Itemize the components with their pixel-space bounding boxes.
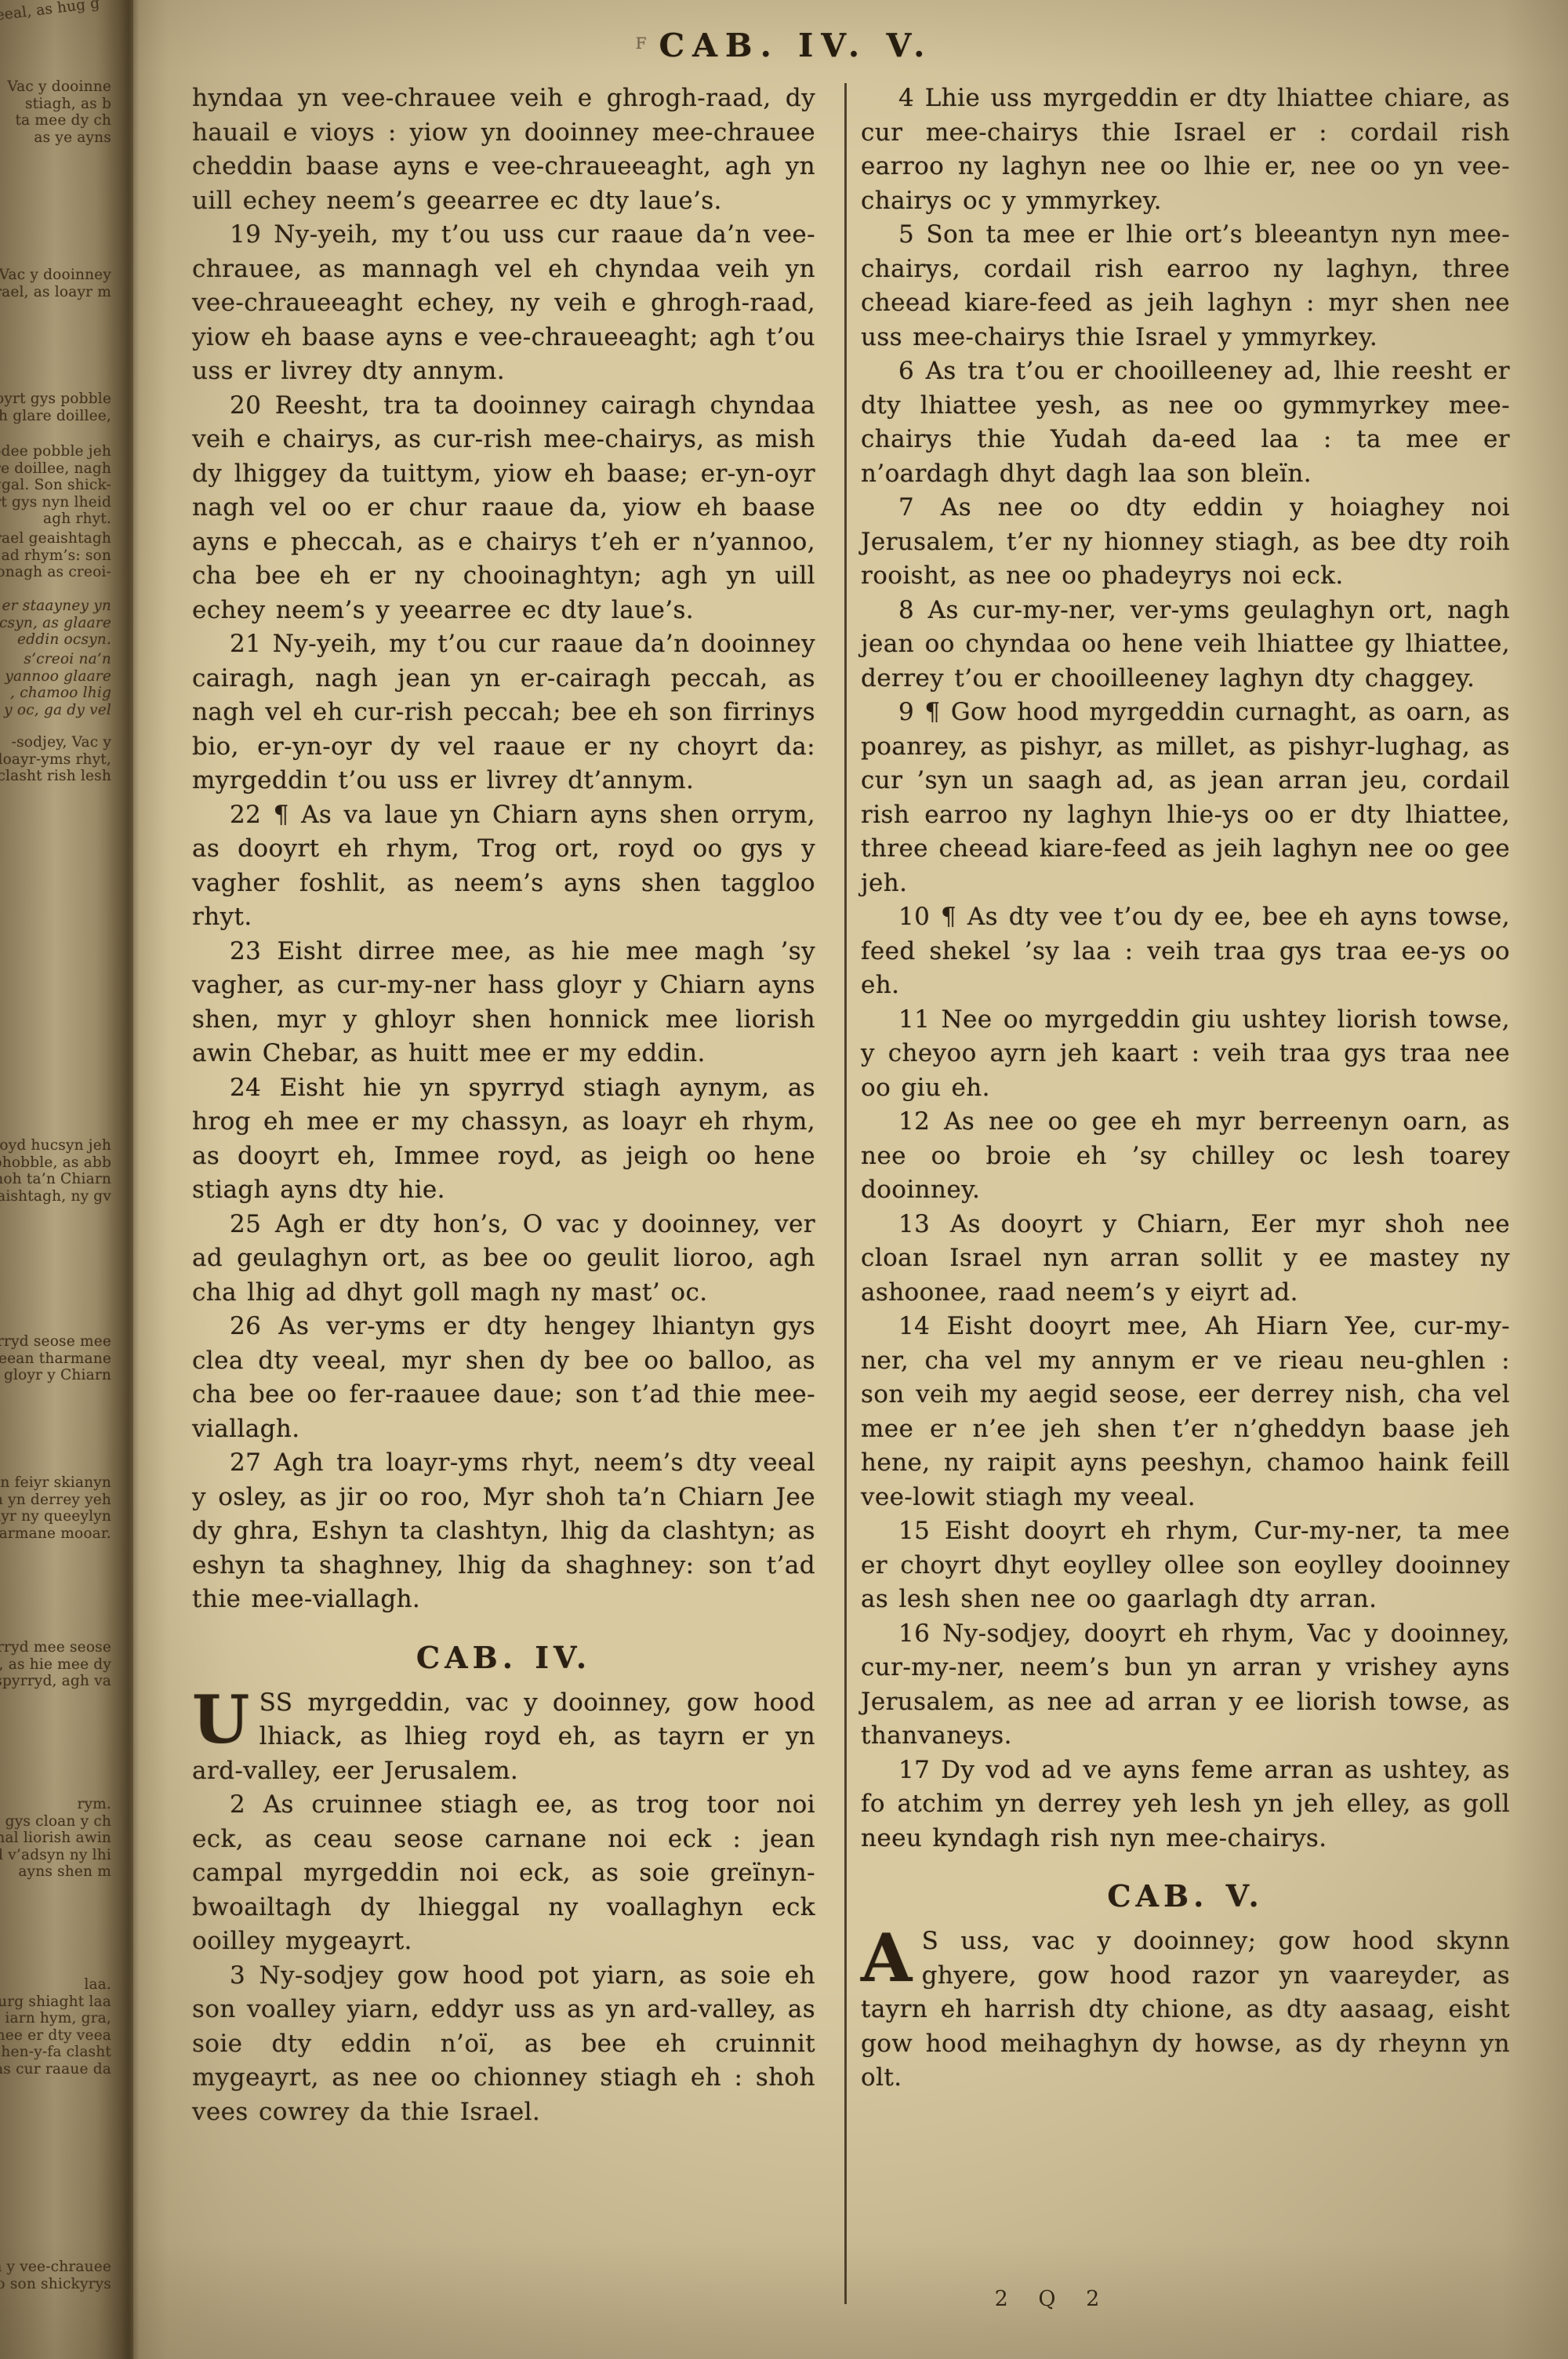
drop-cap-letter: U bbox=[192, 1686, 260, 1750]
spine-fragment-line: royd hucsyn jeh bbox=[0, 1137, 111, 1154]
spine-fragment-line: loayr-yms rhyt, bbox=[0, 751, 111, 769]
running-head: FCAB. IV. V. bbox=[0, 27, 1568, 64]
spine-fragment-group: Vac y dooinneysrael, as loayr m bbox=[0, 267, 111, 300]
spine-fragment-line: -kione lurg shiaght laa bbox=[0, 1994, 111, 2011]
verse-paragraph: 11 Nee oo myrgeddin giu ushtey liorish t… bbox=[861, 1003, 1510, 1106]
spine-fragment-line: Vac y dooinney bbox=[0, 267, 111, 284]
spine-fragment-line: choyrt gys pobble bbox=[0, 391, 111, 408]
spine-fragment-line: rym. bbox=[0, 1796, 111, 1813]
verse-paragraph: 21 Ny-yeih, my t’ou cur raaue da’n dooin… bbox=[192, 627, 815, 798]
verse-paragraph: 27 Agh tra loayr-yms rhyt, neem’s dty ve… bbox=[192, 1446, 815, 1617]
verse-paragraph: AS uss, vac y dooinney; gow hood skynn g… bbox=[861, 1925, 1510, 2095]
verse-paragraph: 20 Reesht, tra ta dooinney cairagh chynd… bbox=[192, 389, 815, 628]
spine-fragment-line: iarn hym, gra, bbox=[0, 2010, 111, 2027]
spine-fragment-line: er staayney yn bbox=[0, 598, 111, 615]
verse-paragraph: 26 As ver-yms er dty hengey lhiantyn gys… bbox=[192, 1310, 815, 1446]
verse-paragraph: 7 As nee oo dty eddin y hoiaghey noi Jer… bbox=[861, 491, 1510, 594]
running-head-title: CAB. IV. V. bbox=[659, 27, 932, 64]
verse-paragraph: 23 Eisht dirree mee, as hie mee magh ’sy… bbox=[192, 935, 815, 1071]
verse-paragraph: 12 As nee oo gee eh myr berreenyn oarn, … bbox=[861, 1105, 1510, 1208]
verse-paragraph: 16 Ny-sodjey, dooyrt eh rhym, Vac y dooi… bbox=[861, 1617, 1510, 1754]
spine-fragment-line: rsooyl, as hie mee dy bbox=[0, 1656, 111, 1674]
spine-fragment-line: ta mee dy ch bbox=[7, 112, 111, 129]
verse-paragraph: 19 Ny-yeih, my t’ou uss cur raaue da’n v… bbox=[192, 218, 815, 389]
spine-fragment-group: Israel geaishtaghh ad rhym’s: sononagh a… bbox=[0, 530, 111, 581]
spine-fragment-group: choyrt gys pobblejeh glare doillee, bbox=[0, 391, 111, 424]
spine-fragment-group: rym.mee gys cloan y cha cummal liorish a… bbox=[0, 1796, 111, 1881]
printer-signature: 2 Q 2 bbox=[964, 2287, 1137, 2311]
spine-fragment-line: Vac y dooinne bbox=[7, 78, 111, 96]
spine-fragment-line: h ad rhym’s: son bbox=[0, 547, 111, 565]
verse-paragraph: 14 Eisht dooyrt mee, Ah Hiarn Yee, cur-m… bbox=[861, 1310, 1510, 1514]
spine-fragment-line: ta mee er dty veea bbox=[0, 2027, 111, 2045]
spine-fragment-line: odee pobble jeh bbox=[0, 443, 111, 460]
spine-fragment-line: stiagh, as b bbox=[7, 96, 111, 113]
spine-fragment-line: yannoo glaare bbox=[4, 668, 111, 685]
verse-paragraph: 24 Eisht hie yn spyrryd stiagh aynym, as… bbox=[192, 1071, 815, 1208]
verse-paragraph: USS myrgeddin, vac y dooinney, gow hood … bbox=[192, 1686, 815, 1789]
spine-fragment-line: mee gys cloan y ch bbox=[0, 1813, 111, 1830]
verse-paragraph: 22 ¶ As va laue yn Chiarn ayns shen orry… bbox=[192, 798, 815, 935]
spine-fragment-group: gra rish y vee-chrauees oo son shickyrys bbox=[0, 2259, 111, 2292]
spine-fragment-group: Vac y dooinnestiagh, as bta mee dy chas … bbox=[7, 78, 111, 146]
spine-fragment-line: y phobble, as abb bbox=[0, 1154, 111, 1172]
spine-fragment-line: pyrryd seose mee bbox=[0, 1333, 111, 1350]
spine-fragment-line: y oc, ga dy vel bbox=[4, 702, 111, 719]
spine-fragment-line: srael, as loayr m bbox=[0, 284, 111, 301]
spine-fragment-line: s’creoi na’n bbox=[4, 651, 111, 668]
spine-fragment-line: a cummal liorish awin bbox=[0, 1830, 111, 1847]
spine-fragment-group: y spyrryd mee seosersooyl, as hie mee dy… bbox=[0, 1639, 111, 1690]
spine-fragment-line: as clasht rish lesh bbox=[0, 768, 111, 785]
spine-fragment-line: iggal. Son shick- bbox=[0, 477, 111, 494]
spine-fragment-group: odee pobble jehlare doillee, naghiggal. … bbox=[0, 443, 111, 528]
spine-fragment-group: pyrryd seose meeloo sheean tharmanerow g… bbox=[0, 1333, 111, 1384]
spine-fragment-line: as feiyr ny queeylyn bbox=[0, 1508, 111, 1525]
verse-paragraph: 8 As cur-my-ner, ver-yms geulaghyn ort, … bbox=[861, 594, 1510, 696]
verse-paragraph: 4 Lhie uss myrgeddin er dty lhiattee chi… bbox=[861, 82, 1510, 218]
spine-fragment-line: as ye ayns bbox=[7, 129, 111, 147]
drop-cap-letter: A bbox=[861, 1925, 922, 1989]
verse-paragraph: 25 Agh er dty hon’s, O vac y dooinney, v… bbox=[192, 1208, 815, 1310]
chapter-heading: CAB. V. bbox=[861, 1856, 1510, 1925]
spine-fragment-line: , chamoo lhig bbox=[4, 685, 111, 702]
spine-fragment-line: loo sheean tharmane bbox=[0, 1350, 111, 1368]
spine-fragment-line: ayns shen m bbox=[0, 1863, 111, 1881]
book-page-scan: ny veeal, as hug gVac y dooinnestiagh, a… bbox=[0, 0, 1568, 2359]
verse-continuation: hyndaa yn vee-chrauee veih e ghrogh-raad… bbox=[192, 82, 815, 218]
spine-fragment-line: y spyrryd mee seose bbox=[0, 1639, 111, 1656]
spine-fragment-group: er staayney ynocsyn, as glaareeddin ocsy… bbox=[0, 598, 111, 649]
spine-fragment-group: yrgeddin feiyr skianynbentyn yn derrey y… bbox=[0, 1474, 111, 1542]
column-divider-rule bbox=[844, 83, 847, 2304]
spine-fragment-line: jeh glare doillee, bbox=[0, 408, 111, 425]
verse-paragraph: 2 As cruinnee stiagh ee, as trog toor no… bbox=[192, 1788, 815, 1959]
verse-paragraph: 3 Ny-sodjey gow hood pot yiarn, as soie … bbox=[192, 1959, 815, 2130]
spine-fragment-line: as cur raaue da bbox=[0, 2061, 111, 2078]
right-column: 4 Lhie uss myrgeddin er dty lhiattee chi… bbox=[861, 82, 1510, 2095]
spine-fragment-line: bentyn yn derrey yeh bbox=[0, 1492, 111, 1509]
verse-paragraph: 13 As dooyrt y Chiarn, Eer myr shoh nee … bbox=[861, 1208, 1510, 1310]
spine-fragment-line: yrgeddin feiyr skianyn bbox=[0, 1474, 111, 1492]
spine-fragment-group: laa.-kione lurg shiaght laaiarn hym, gra… bbox=[0, 1976, 111, 2077]
verse-paragraph: 9 ¶ Gow hood myrgeddin curnaght, as oarn… bbox=[861, 696, 1510, 900]
chapter-heading: CAB. IV. bbox=[192, 1617, 815, 1686]
spine-fragment-line: onagh as creoi- bbox=[0, 564, 111, 581]
verse-paragraph: 10 ¶ As dty vee t’ou dy ee, bee eh ayns … bbox=[861, 900, 1510, 1003]
spine-fragment-line: Israel geaishtagh bbox=[0, 530, 111, 547]
spine-fragment-line: geaishtagh, ny gv bbox=[0, 1188, 111, 1205]
spine-fragment-line: eddin ocsyn. bbox=[0, 631, 111, 649]
spine-fragment-line: laa. bbox=[0, 1976, 111, 1994]
spine-fragment-line: e raad v’adsyn ny lhi bbox=[0, 1847, 111, 1864]
spine-fragment-line: ocsyn, as glaare bbox=[0, 615, 111, 632]
left-column: hyndaa yn vee-chrauee veih e ghrogh-raad… bbox=[192, 82, 815, 2129]
spine-fragment-group: s’creoi na’nyannoo glaare, chamoo lhigy … bbox=[4, 651, 111, 718]
spine-fragment-group: -sodjey, Vac yloayr-yms rhyt,as clasht r… bbox=[0, 734, 111, 785]
spine-fragment-line: ny spyrryd, agh va bbox=[0, 1673, 111, 1690]
spine-fragment-line: row gloyr y Chiarn bbox=[0, 1367, 111, 1384]
verse-paragraph: 6 As tra t’ou er chooilleeney ad, lhie r… bbox=[861, 354, 1510, 491]
spine-fragment-line: agh rhyt. bbox=[0, 511, 111, 528]
spine-fragment-line: gra rish y vee-chrauee bbox=[0, 2259, 111, 2276]
spine-fragment-line: Israel, shen-y-fa clasht bbox=[0, 2044, 111, 2061]
ink-stray-mark: F bbox=[636, 34, 647, 53]
spine-fragment-group: royd hucsyn jehy phobble, as abbshoh ta’… bbox=[0, 1137, 111, 1205]
spine-fragment-line: armane mooar. bbox=[0, 1525, 111, 1543]
spine-fragment-line: lare doillee, nagh bbox=[0, 460, 111, 478]
verse-paragraph: 17 Dy vod ad ve ayns feme arran as ushte… bbox=[861, 1754, 1510, 1856]
verse-paragraph: 5 Son ta mee er lhie ort’s bleeantyn nyn… bbox=[861, 218, 1510, 354]
spine-fragment-line: oyrt gys nyn lheid bbox=[0, 494, 111, 511]
spine-fragment-line: -sodjey, Vac y bbox=[0, 734, 111, 751]
spine-fragment-line: shoh ta’n Chiarn bbox=[0, 1171, 111, 1188]
verse-paragraph: 15 Eisht dooyrt eh rhym, Cur-my-ner, ta … bbox=[861, 1514, 1510, 1617]
spine-fragment-line: s oo son shickyrys bbox=[0, 2276, 111, 2293]
